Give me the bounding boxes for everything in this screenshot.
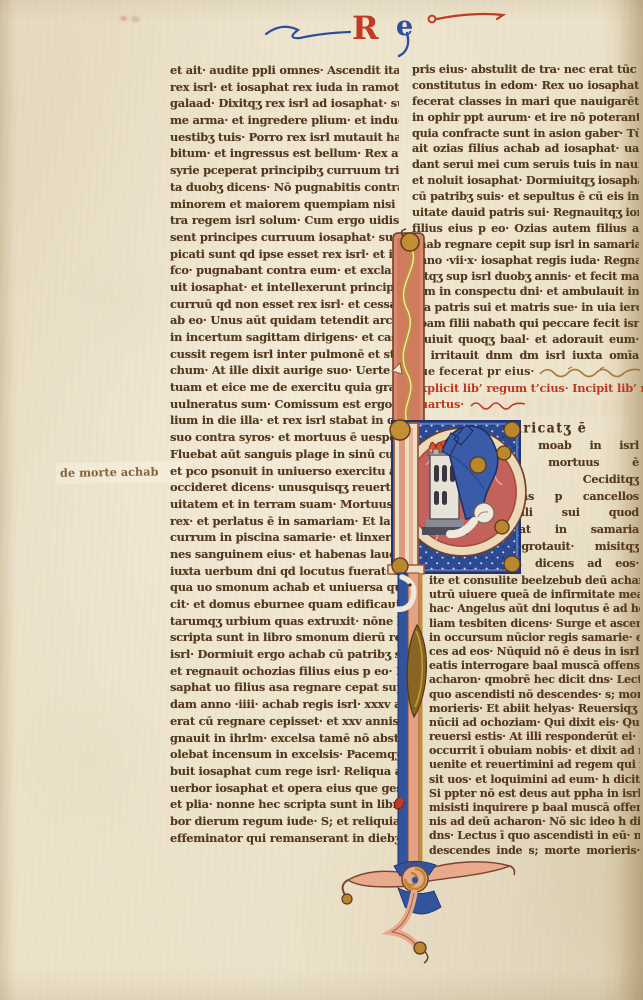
- text-line: et noluit iosaphat· Dormiuitqʒ iosaphat: [412, 173, 639, 189]
- text-line: rex isrl· et iosaphat rex iuda in ramoth: [170, 79, 399, 96]
- text-line: cū patribʒ suis· et sepultus ē cū eis in…: [412, 189, 639, 205]
- ink-smudge: [131, 16, 140, 22]
- text-line: ait ozias filius achab ad iosaphat· ua: [412, 141, 639, 157]
- text-line: quia confracte sunt in asion gaber· Tūc: [412, 126, 639, 142]
- running-header-letter-e: e: [396, 11, 413, 42]
- ink-smudge: [120, 16, 127, 21]
- initial-letter-body: [388, 420, 526, 574]
- text-line: uitate dauid patris sui· Regnauitqʒ iora…: [412, 205, 639, 221]
- initial-ascender: [392, 229, 424, 427]
- header-flourish: [258, 8, 513, 62]
- text-line: bitum· et ingressus est bellum· Rex aūt: [170, 145, 399, 162]
- initial-terminal: [342, 861, 515, 963]
- text-line: constitutus in edom· Rex uo iosaphat: [412, 78, 639, 94]
- text-line: et ait· audite ppli omnes· Ascendit itaʒ: [170, 62, 399, 79]
- text-line: uestibʒ tuis· Porro rex isrl mutauit ha: [170, 129, 399, 146]
- text-line: dant serui mei cum seruis tuis in nauibʒ: [412, 157, 639, 173]
- text-line: pris eius· abstulit de tra· nec erat tūc…: [412, 62, 639, 78]
- illuminated-initial-p: [330, 225, 530, 975]
- marginal-note: de morte achab: [60, 464, 180, 481]
- text-line: syrie pceperat principibʒ curruum trigī: [170, 162, 399, 179]
- text-line: fecerat classes in mari que nauigarēt: [412, 94, 639, 110]
- text-line: me arma· et ingredere plium· et induere: [170, 112, 399, 129]
- text-line: ta duobʒ dicens· Nō pugnabitis contra: [170, 179, 399, 196]
- pen-flourish-icon: [538, 366, 643, 378]
- text-line: in ophir ppt aurum· et ire nō poterant: [412, 110, 639, 126]
- text-line: minorem et maiorem quempiam nisi cō: [170, 196, 399, 213]
- manuscript-page: R e de morte achab et ait· audite ppli o…: [0, 0, 643, 1000]
- text-line: galaad· Dixitqʒ rex isrl ad iosaphat· su: [170, 95, 399, 112]
- initial-descender: [395, 573, 427, 865]
- running-header-letter-r: R: [352, 9, 379, 47]
